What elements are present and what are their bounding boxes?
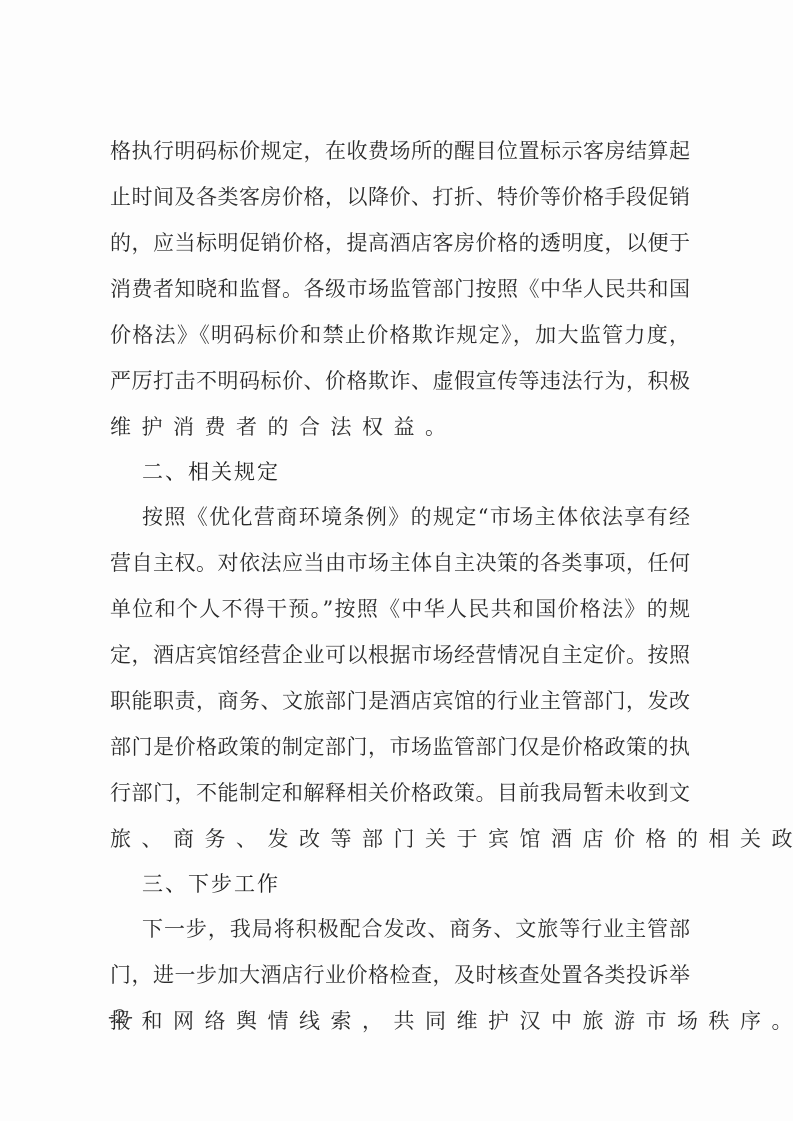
text-line: 定，酒店宾馆经营企业可以根据市场经营情况自主定价。按照 <box>110 632 690 678</box>
text-line: 职能职责，商务、文旅部门是酒店宾馆的行业主管部门，发改 <box>110 678 690 724</box>
text-line: 消费者知晓和监督。各级市场监管部门按照《中华人民共和国 <box>110 266 690 312</box>
text-line: 报和网络舆情线索，共同维护汉中旅游市场秩序。 <box>110 998 690 1044</box>
section-heading-next-steps: 三、下步工作 <box>110 862 690 906</box>
text-line: 下一步，我局将积极配合发改、商务、文旅等行业主管部 <box>110 906 690 952</box>
text-line: 部门是价格政策的制定部门，市场监管部门仅是价格政策的执 <box>110 724 690 770</box>
paragraph-price-labeling: 格执行明码标价规定，在收费场所的醒目位置标示客房结算起 止时间及各类客房价格，以… <box>110 128 690 450</box>
text-line: 价格法》《明码标价和禁止价格欺诈规定》，加大监管力度， <box>110 312 690 358</box>
text-line: 严厉打击不明码标价、价格欺诈、虚假宣传等违法行为，积极 <box>110 358 690 404</box>
text-line: 营自主权。对依法应当由市场主体自主决策的各类事项，任何 <box>110 540 690 586</box>
paragraph-next-steps: 下一步，我局将积极配合发改、商务、文旅等行业主管部 门，进一步加大酒店行业价格检… <box>110 906 690 1044</box>
document-body: 格执行明码标价规定，在收费场所的醒目位置标示客房结算起 止时间及各类客房价格，以… <box>110 128 690 1044</box>
text-line: 的，应当标明促销价格，提高酒店客房价格的透明度，以便于 <box>110 220 690 266</box>
document-page: 格执行明码标价规定，在收费场所的醒目位置标示客房结算起 止时间及各类客房价格，以… <box>0 0 793 1121</box>
text-line: 旅、商务、发改等部门关于宾馆酒店价格的相关政策文件。 <box>110 816 690 862</box>
text-line: 格执行明码标价规定，在收费场所的醒目位置标示客房结算起 <box>110 128 690 174</box>
text-line: 行部门，不能制定和解释相关价格政策。目前我局暂未收到文 <box>110 770 690 816</box>
text-line: 门，进一步加大酒店行业价格检查，及时核查处置各类投诉举 <box>110 952 690 998</box>
text-line: 维护消费者的合法权益。 <box>110 404 690 450</box>
text-line: 按照《优化营商环境条例》的规定“市场主体依法享有经 <box>110 494 690 540</box>
section-heading-related-regulations: 二、相关规定 <box>110 450 690 494</box>
text-line: 单位和个人不得干预。”按照《中华人民共和国价格法》的规 <box>110 586 690 632</box>
text-line: 止时间及各类客房价格，以降价、打折、特价等价格手段促销 <box>110 174 690 220</box>
paragraph-related-regulations: 按照《优化营商环境条例》的规定“市场主体依法享有经 营自主权。对依法应当由市场主… <box>110 494 690 862</box>
page-number: -2- <box>108 1006 133 1028</box>
